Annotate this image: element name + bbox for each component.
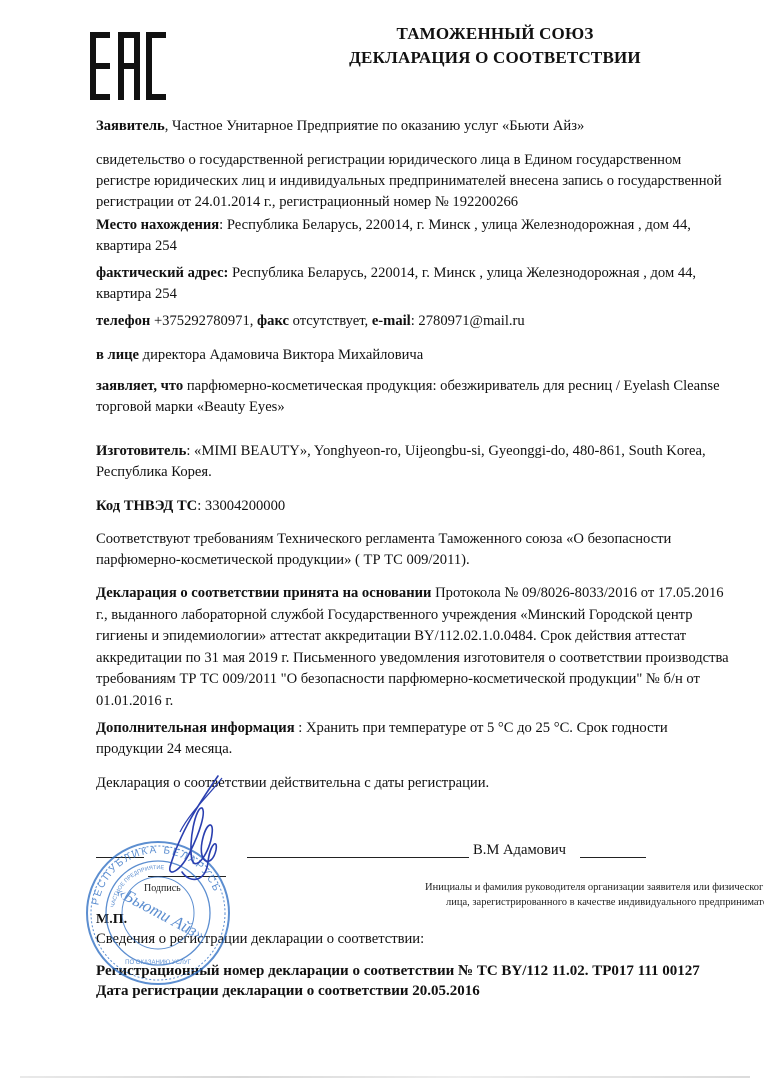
additional-info-row: Дополнительная информация : Хранить при …	[96, 718, 764, 760]
signer-name: В.М Адамович	[473, 840, 566, 861]
declares-label: заявляет, что	[96, 378, 183, 394]
location-label: Место нахождения	[96, 217, 219, 233]
registration-certificate-line: свидетельство о государственной регистра…	[96, 150, 764, 171]
registration-certificate: свидетельство о государственной регистра…	[96, 150, 764, 213]
declaration-title: ДЕКЛАРАЦИЯ О СООТВЕТСТВИИ	[300, 46, 690, 70]
actual-address-label: фактический адрес:	[96, 265, 228, 281]
basis-line: 01.01.2016 г.	[96, 691, 764, 713]
registration-certificate-line: регистрации от 24.01.2014 г., регистраци…	[96, 192, 764, 213]
compliance-line: Соответствуют требованиям Технического р…	[96, 529, 764, 550]
location-value-line2: квартира 254	[96, 236, 764, 257]
basis-line: гигиены и эпидемиологии» аттестат аккред…	[96, 626, 764, 648]
manufacturer-value: : «MIMI BEAUTY», Yonghyeon-ro, Uijeongbu…	[186, 443, 705, 459]
basis-line: требованиям ТР ТС 009/2011 "О безопаснос…	[96, 669, 764, 691]
manufacturer-row: Изготовитель: «MIMI BEAUTY», Yonghyeon-r…	[96, 441, 764, 483]
fax-label: факс	[257, 313, 289, 329]
represented-by-value: директора Адамовича Виктора Михайловича	[139, 347, 423, 363]
compliance-row: Соответствуют требованиям Технического р…	[96, 529, 764, 571]
basis-value: Протокола № 09/8026-8033/2016 от 17.05.2…	[431, 585, 723, 601]
actual-address-value-line2: квартира 254	[96, 284, 764, 305]
location-row: Место нахождения: Республика Беларусь, 2…	[96, 215, 764, 257]
phone-value: +375292780971,	[150, 313, 257, 329]
tnved-value: : 33004200000	[197, 498, 285, 514]
basis-line: г., выданного лабораторной службой Госуд…	[96, 605, 764, 627]
signature-scribble-icon	[150, 772, 240, 892]
email-label: e-mail	[372, 313, 411, 329]
handwritten-signature	[150, 772, 240, 892]
declares-value: парфюмерно-косметическая продукция: обез…	[183, 378, 719, 394]
additional-info-value: : Хранить при температуре от 5 °С до 25 …	[295, 720, 668, 736]
declares-row: заявляет, что парфюмерно-косметическая п…	[96, 376, 764, 418]
applicant-value: , Частное Унитарное Предприятие по оказа…	[165, 118, 585, 134]
applicant-row: Заявитель, Частное Унитарное Предприятие…	[96, 116, 764, 137]
scan-edge	[20, 1076, 750, 1078]
applicant-label: Заявитель	[96, 118, 165, 134]
phone-label: телефон	[96, 313, 150, 329]
email-value: : 2780971@mail.ru	[411, 313, 525, 329]
represented-by-label: в лице	[96, 347, 139, 363]
contacts-row: телефон +375292780971, факс отсутствует,…	[96, 311, 764, 332]
fax-value: отсутствует,	[289, 313, 372, 329]
registration-certificate-line: регистре юридических лиц и индивидуальны…	[96, 171, 764, 192]
actual-address-value: Республика Беларусь, 220014, г. Минск , …	[228, 265, 696, 281]
compliance-line: парфюмерно-косметической продукции» ( ТР…	[96, 550, 764, 571]
additional-info-label: Дополнительная информация	[96, 720, 295, 736]
tnved-label: Код ТНВЭД ТС	[96, 498, 197, 514]
basis-label: Декларация о соответствии принята на осн…	[96, 585, 431, 601]
additional-info-value-line2: продукции 24 месяца.	[96, 739, 764, 760]
eac-mark-icon	[88, 30, 168, 102]
basis-line: аккредитации по 31 мая 2019 г. Письменно…	[96, 648, 764, 670]
actual-address-row: фактический адрес: Республика Беларусь, …	[96, 263, 764, 305]
eac-logo	[88, 30, 168, 102]
svg-text:ПО ОКАЗАНИЮ УСЛУГ: ПО ОКАЗАНИЮ УСЛУГ	[125, 960, 191, 966]
signer-note-line1: Инициалы и фамилия руководителя организа…	[425, 880, 763, 895]
basis-row: Декларация о соответствии принята на осн…	[96, 583, 764, 712]
declares-value-line2: торговой марки «Beauty Eyes»	[96, 397, 764, 418]
document-header: ТАМОЖЕННЫЙ СОЮЗ ДЕКЛАРАЦИЯ О СООТВЕТСТВИ…	[300, 22, 690, 70]
location-value: : Республика Беларусь, 220014, г. Минск …	[219, 217, 691, 233]
manufacturer-label: Изготовитель	[96, 443, 186, 459]
represented-by-row: в лице директора Адамовича Виктора Михай…	[96, 345, 764, 366]
signer-note-line2: лица, зарегистрированного в качестве инд…	[446, 895, 764, 910]
manufacturer-value-line2: Республика Корея.	[96, 462, 764, 483]
signer-date-line	[580, 857, 646, 858]
tnved-row: Код ТНВЭД ТС: 33004200000	[96, 496, 764, 517]
customs-union-title: ТАМОЖЕННЫЙ СОЮЗ	[300, 22, 690, 46]
signer-name-line	[247, 857, 469, 858]
